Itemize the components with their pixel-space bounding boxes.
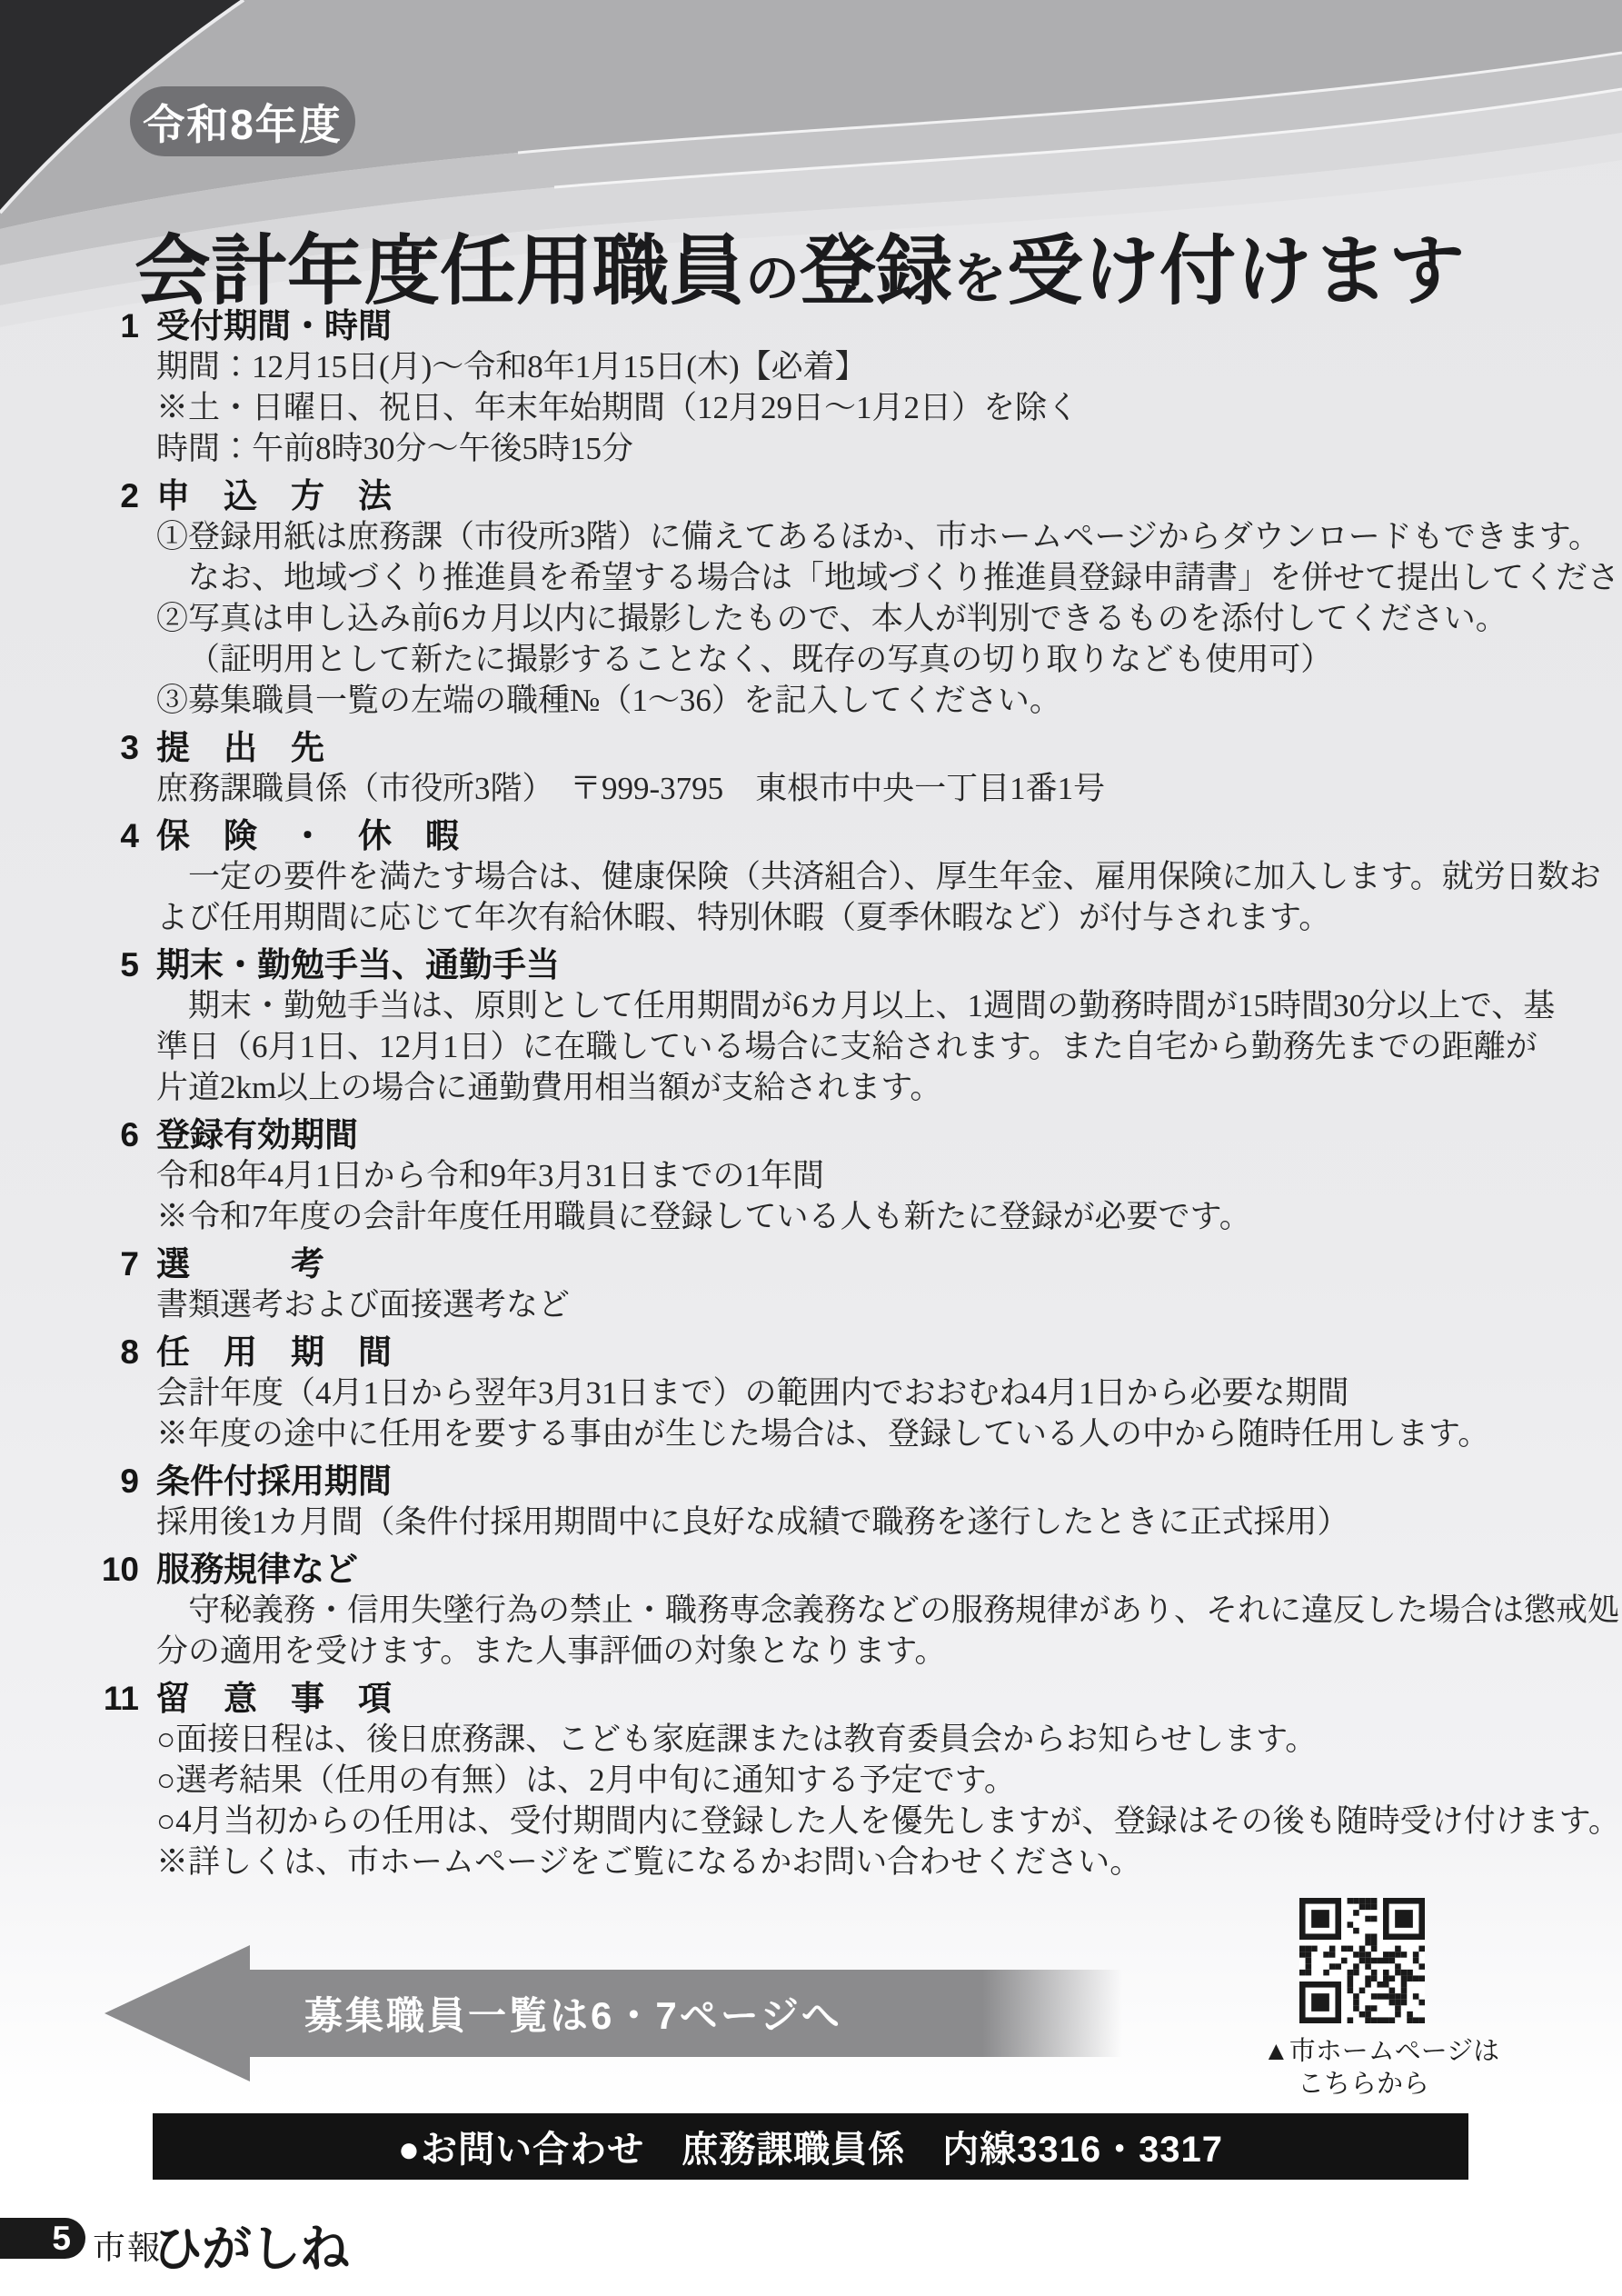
section-line: 準日（6月1日、12月1日）に在職している場合に支給されます。また自宅から勤務先…: [156, 1026, 1622, 1067]
section: 1受付期間・時間期間：12月15日(月)～令和8年1月15日(木)【必着】※土・…: [0, 305, 1622, 469]
section-number: 1: [0, 305, 139, 346]
section-line: ③募集職員一覧の左端の職種№（1～36）を記入してください。: [156, 680, 1622, 721]
section-line: 片道2km以上の場合に通勤費用相当額が支給されます。: [156, 1067, 1622, 1108]
section-line: ②写真は申し込み前6カ月以内に撮影したもので、本人が判別できるものを添付してくだ…: [156, 598, 1622, 639]
section: 11留 意 事 項○面接日程は、後日庶務課、こども家庭課または教育委員会からお知…: [0, 1678, 1622, 1882]
section-number: 10: [0, 1549, 139, 1590]
section-title: 任 用 期 間: [156, 1332, 392, 1373]
sections: 1受付期間・時間期間：12月15日(月)～令和8年1月15日(木)【必着】※土・…: [0, 305, 1622, 1889]
page-title-part: 登録: [800, 228, 952, 314]
section: 6登録有効期間令和8年4月1日から令和9年3月31日までの1年間※令和7年度の会…: [0, 1114, 1622, 1237]
contact-bar: ●お問い合わせ 庶務課職員係 内線3316・3317: [153, 2113, 1468, 2180]
section-line: ※詳しくは、市ホームページをご覧になるかお問い合わせください。: [156, 1842, 1622, 1882]
section: 3提 出 先庶務課職員係（市役所3階） 〒999-3795 東根市中央一丁目1番…: [0, 727, 1622, 809]
section-line: ※令和7年度の会計年度任用職員に登録している人も新たに登録が必要です。: [156, 1196, 1622, 1237]
section-number: 9: [0, 1461, 139, 1502]
section-line: （証明用として新たに撮影することなく、既存の写真の切り取りなども使用可）: [156, 639, 1622, 680]
qr-code-icon: [1299, 1898, 1425, 2023]
section-line: ※土・日曜日、祝日、年末年始期間（12月29日～1月2日）を除く: [156, 387, 1622, 428]
section: 2申 込 方 法①登録用紙は庶務課（市役所3階）に備えてあるほか、市ホームページ…: [0, 475, 1622, 721]
section-title: 服務規律など: [156, 1549, 358, 1590]
section-title: 申 込 方 法: [156, 475, 392, 516]
qr-caption-line2: こちらから: [1263, 2068, 1499, 2101]
page-title-part: 受け付けます: [1007, 228, 1465, 314]
section-number: 8: [0, 1332, 139, 1373]
section-line: 令和8年4月1日から令和9年3月31日までの1年間: [156, 1155, 1622, 1196]
section-line: ※年度の途中に任用を要する事由が生じた場合は、登録している人の中から随時任用しま…: [156, 1413, 1622, 1454]
section-number: 5: [0, 944, 139, 985]
section-number: 2: [0, 475, 139, 516]
page-title-part: の: [745, 248, 800, 309]
footer-logo-higashine: ひがしね: [153, 2209, 349, 2281]
section-title: 期末・勤勉手当、通勤手当: [156, 944, 560, 985]
section: 9条件付採用期間採用後1カ月間（条件付採用期間中に良好な成績で職務を遂行したとき…: [0, 1461, 1622, 1542]
arrow-banner: 募集職員一覧は6・7ページへ: [104, 1945, 1131, 2081]
qr-caption-line1: ▲市ホームページは: [1263, 2035, 1499, 2068]
section: 10服務規律など守秘義務・信用失墜行為の禁止・職務専念義務などの服務規律があり、…: [0, 1549, 1622, 1672]
section-line: 期間：12月15日(月)～令和8年1月15日(木)【必着】: [156, 346, 1622, 387]
section: 4保 険 ・ 休 暇一定の要件を満たす場合は、健康保険（共済組合）、厚生年金、雇…: [0, 815, 1622, 938]
section-line: ①登録用紙は庶務課（市役所3階）に備えてあるほか、市ホームページからダウンロード…: [156, 516, 1622, 557]
newsletter-page: 令和8年度 会計年度任用職員の登録を受け付けます 1受付期間・時間期間：12月1…: [0, 0, 1622, 2296]
section-line: ○選考結果（任用の有無）は、2月中旬に通知する予定です。: [156, 1760, 1622, 1801]
section-line: 一定の要件を満たす場合は、健康保険（共済組合）、厚生年金、雇用保険に加入します。…: [156, 856, 1622, 897]
fiscal-year-badge-label: 令和8年度: [143, 92, 343, 152]
section: 7選 考書類選考および面接選考など: [0, 1243, 1622, 1325]
section-line: なお、地域づくり推進員を希望する場合は「地域づくり推進員登録申請書」を併せて提出…: [156, 557, 1622, 598]
qr-block: ▲市ホームページは こちらから: [1263, 1898, 1499, 2101]
section-line: 分の適用を受けます。また人事評価の対象となります。: [156, 1631, 1622, 1672]
footer-publication: 市報: [93, 2222, 162, 2269]
section-title: 提 出 先: [156, 727, 324, 768]
section-title: 受付期間・時間: [156, 305, 392, 346]
section-line: 期末・勤勉手当は、原則として任用期間が6カ月以上、1週間の勤務時間が15時間30…: [156, 985, 1622, 1026]
section-line: ○4月当初からの任用は、受付期間内に登録した人を優先しますが、登録はその後も随時…: [156, 1801, 1622, 1842]
page-title-part: を: [952, 248, 1007, 309]
arrow-banner-label: 募集職員一覧は6・7ページへ: [248, 1986, 842, 2041]
footer-page-tab: 5: [0, 2218, 85, 2259]
qr-caption: ▲市ホームページは こちらから: [1263, 2035, 1499, 2101]
fiscal-year-badge: 令和8年度: [130, 86, 355, 156]
section-line: ○面接日程は、後日庶務課、こども家庭課または教育委員会からお知らせします。: [156, 1719, 1622, 1760]
section-line: 採用後1カ月間（条件付採用期間中に良好な成績で職務を遂行したときに正式採用）: [156, 1502, 1622, 1542]
section-line: 時間：午前8時30分～午後5時15分: [156, 428, 1622, 469]
page-title-part: 会計年度任用職員: [134, 228, 745, 314]
section-title: 条件付採用期間: [156, 1461, 392, 1502]
section-line: 書類選考および面接選考など: [156, 1284, 1622, 1325]
section-line: 守秘義務・信用失墜行為の禁止・職務専念義務などの服務規律があり、それに違反した場…: [156, 1590, 1622, 1631]
section-number: 11: [0, 1678, 139, 1719]
footer-page-number: 5: [52, 2220, 71, 2258]
section-number: 3: [0, 727, 139, 768]
section-line: 会計年度（4月1日から翌年3月31日まで）の範囲内でおおむね4月1日から必要な期…: [156, 1373, 1622, 1413]
section-line: よび任用期間に応じて年次有給休暇、特別休暇（夏季休暇など）が付与されます。: [156, 897, 1622, 938]
section: 8任 用 期 間会計年度（4月1日から翌年3月31日まで）の範囲内でおおむね4月…: [0, 1332, 1622, 1454]
arrow-banner-body: 募集職員一覧は6・7ページへ: [248, 1970, 1122, 2057]
section-line: 庶務課職員係（市役所3階） 〒999-3795 東根市中央一丁目1番1号: [156, 768, 1622, 809]
section-title: 登録有効期間: [156, 1114, 358, 1155]
section-number: 6: [0, 1114, 139, 1155]
section: 5期末・勤勉手当、通勤手当期末・勤勉手当は、原則として任用期間が6カ月以上、1週…: [0, 944, 1622, 1108]
section-number: 4: [0, 815, 139, 856]
section-title: 選 考: [156, 1243, 324, 1284]
section-title: 保 険 ・ 休 暇: [156, 815, 459, 856]
left-arrow-icon: [104, 1945, 250, 2081]
contact-bar-text: ●お問い合わせ 庶務課職員係 内線3316・3317: [398, 2121, 1223, 2172]
section-number: 7: [0, 1243, 139, 1284]
section-title: 留 意 事 項: [156, 1678, 392, 1719]
